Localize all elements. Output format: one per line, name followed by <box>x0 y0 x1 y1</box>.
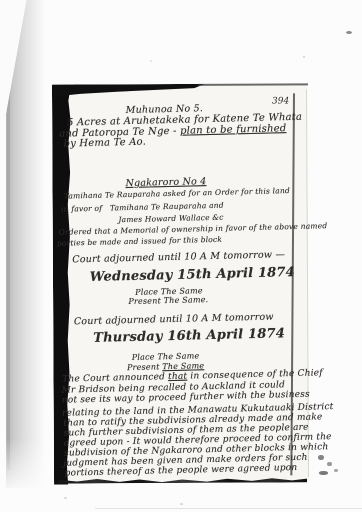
binding-shadow-fade <box>0 438 52 512</box>
entry-muhunoa-line-2-underlined: plan to be furnished <box>180 123 287 137</box>
entry-ngakaroro-line-4: Ordered that a Memorial of ownership in … <box>59 221 328 237</box>
entry-ngakaroro-heading: Ngakaroro No 4 <box>125 176 206 189</box>
scan-speck <box>64 497 67 499</box>
sitting-date-wednesday: Wednesday 15th April 1874 <box>90 265 296 285</box>
scanner-bottom-line <box>95 508 362 509</box>
entry-muhunoa-line-3: by Hema Te Ao. <box>63 137 146 150</box>
sitting-present-thursday-underlined: The Same <box>162 361 204 371</box>
sitting-date-thursday: Thursday 16th April 1874 <box>93 326 285 346</box>
photocopy-background: 394 Muhunoa No 5. 5 Acres at Aruhetakeka… <box>0 0 362 512</box>
sitting-present-thursday-start: Present <box>127 362 163 372</box>
announcement-line-1-underlined: that <box>168 372 187 382</box>
entry-ngakaroro-line-5: parties be made and issued for this bloc… <box>57 235 222 248</box>
scanner-top-edge <box>0 0 362 4</box>
ink-smudge <box>334 469 338 472</box>
scan-speck <box>180 503 183 505</box>
scan-speck <box>303 56 305 58</box>
adjournment-note-2: Court adjourned until 10 A M tomorrow <box>74 311 274 327</box>
record-page: 394 Muhunoa No 5. 5 Acres at Aruhetakeka… <box>53 85 309 482</box>
sitting-present-thursday: Present The Same <box>127 361 204 372</box>
entry-ngakaroro-line-1: Tamihana Te Rauparaha asked for an Order… <box>64 186 290 201</box>
scan-speck <box>346 31 352 34</box>
ink-smudge <box>319 471 328 475</box>
entry-ngakaroro-line-3: James Howard Wallace &c <box>118 213 223 225</box>
sitting-place-thursday: Place The Same <box>132 351 200 362</box>
ink-smudge <box>327 462 332 466</box>
scan-speck <box>150 60 152 62</box>
ink-smudge <box>318 455 324 460</box>
adjournment-note-1: Court adjourned until 10 A M tomorrow — <box>72 249 285 265</box>
sitting-present-wednesday: Present The Same. <box>128 295 208 306</box>
entry-ngakaroro-line-2: in favor of Tamihana Te Rauparaha and <box>61 201 224 214</box>
handwritten-content: Muhunoa No 5. 5 Acres at Aruhetakeka for… <box>49 81 313 483</box>
announcement-line-1-end: in consequence of the Chief <box>187 368 323 381</box>
